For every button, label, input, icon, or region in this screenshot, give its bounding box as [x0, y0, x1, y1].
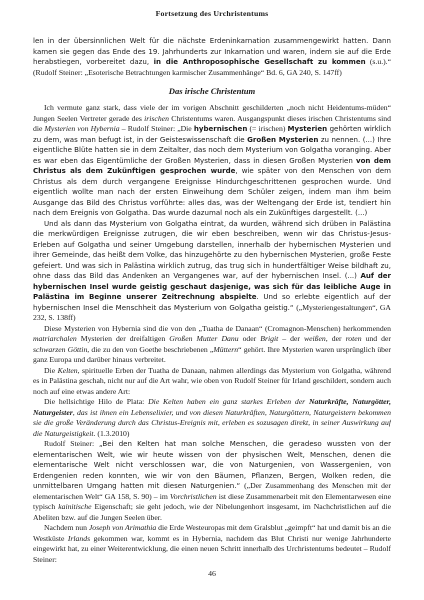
text-run: matriarchalen: [33, 334, 77, 343]
text-run: (1.3.2010): [96, 429, 130, 438]
text-run: Die Kelten haben ein ganz starkes Erlebe…: [148, 397, 309, 406]
text-run: – Rudolf Steiner: „Die: [120, 124, 194, 133]
text-run: Nachdem nun: [44, 523, 89, 532]
text-run: Die: [44, 366, 58, 375]
paragraph: Die Kelten, spirituelle Erben der Tuatha…: [33, 366, 391, 398]
paragraph: Nachdem nun Joseph von Arimathia die Erd…: [33, 523, 391, 565]
text-run: , spirituelle Erben der Tuatha de Danaan…: [33, 366, 391, 396]
text-run: Großen Mutter Danu: [169, 334, 238, 343]
text-run: , der: [326, 334, 346, 343]
text-run: Vorchristlichen: [170, 492, 217, 501]
text-run: Irlands: [68, 534, 90, 543]
page-number: 46: [0, 569, 424, 578]
text-run: Müttern: [213, 345, 238, 354]
text-run: irischen: [144, 114, 169, 123]
paragraph: len in der übersinnlichen Welt für die n…: [33, 36, 391, 78]
text-run: Und als dann das Mysterium von Golgatha …: [33, 219, 391, 281]
text-run: hybernischen: [194, 124, 248, 133]
page-content: len in der übersinnlichen Welt für die n…: [33, 36, 391, 566]
text-run: Mysterien von Hybernia: [45, 124, 120, 133]
text-run: roten: [346, 334, 362, 343]
text-run: Mysterien der dreifaltigen: [77, 334, 170, 343]
running-header: Fortsetzung des Urchristentums: [0, 9, 424, 18]
text-run: oder: [239, 334, 261, 343]
text-run: Mysterien: [288, 124, 328, 133]
text-run: (= irischen): [247, 124, 287, 133]
paragraph: Diese Mysterien von Hybernia sind die vo…: [33, 324, 391, 366]
section-paragraphs: Ich vermute ganz stark, dass viele der i…: [33, 103, 391, 566]
text-run: – der: [278, 334, 304, 343]
intro-paragraphs: len in der übersinnlichen Welt für die n…: [33, 36, 391, 78]
text-run: Großen Mysterien: [247, 135, 318, 144]
text-run: Rudolf Steiner:: [44, 439, 99, 448]
section-heading: Das irische Christentum: [33, 86, 391, 96]
paragraph: Ich vermute ganz stark, dass viele der i…: [33, 103, 391, 219]
paragraph: Rudolf Steiner: „Bei den Kelten hat man …: [33, 439, 391, 523]
text-run: Diese Mysterien von Hybernia sind die vo…: [44, 324, 391, 333]
text-run: in die Anthroposophische Gesellschaft zu…: [154, 57, 366, 66]
text-run: kainitische: [58, 502, 91, 511]
paragraph: „Wir sehen, wie die Jahrhunderte kommen,…: [33, 565, 391, 566]
text-run: Brigit: [260, 334, 278, 343]
text-run: weißen: [304, 334, 326, 343]
text-run: , die zu den von Goethe beschriebenen „: [87, 345, 213, 354]
text-run: Kelten: [58, 366, 78, 375]
text-run: „Wir sehen, wie die Jahrhunderte kommen,…: [44, 565, 365, 566]
text-run: Die hellsichtige Hilo de Plata:: [44, 397, 148, 406]
text-run: schwarzen Göttin: [33, 345, 87, 354]
text-run: , das ist ihnen ein Lebenselixier, und v…: [33, 408, 391, 438]
text-run: Joseph von Arimathia: [89, 523, 156, 532]
book-page: Fortsetzung des Urchristentums len in de…: [0, 0, 424, 600]
text-run: und der: [362, 334, 391, 343]
paragraph: Die hellsichtige Hilo de Plata: Die Kelt…: [33, 397, 391, 439]
paragraph: Und als dann das Mysterium von Golgatha …: [33, 219, 391, 324]
